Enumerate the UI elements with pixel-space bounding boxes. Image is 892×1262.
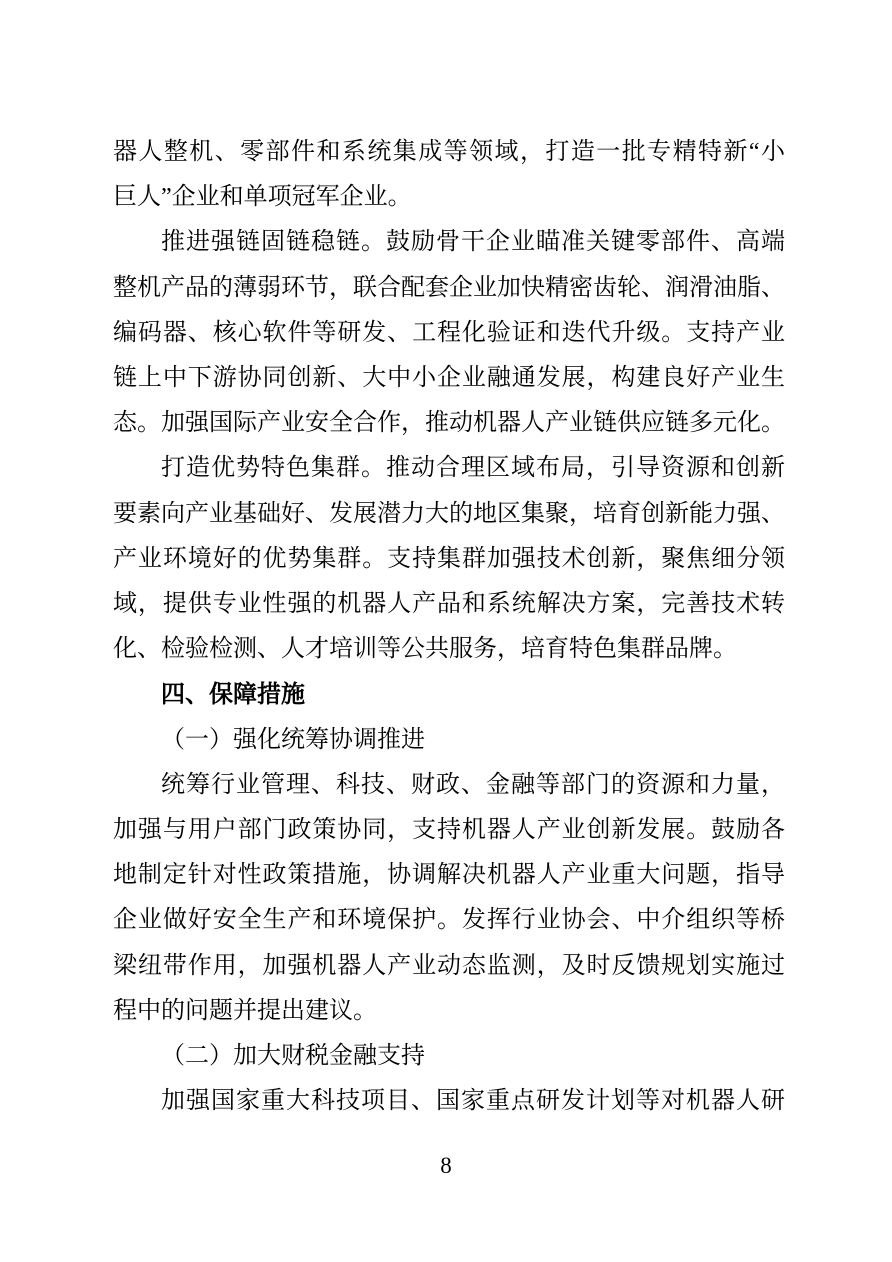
text-line: 化、检验检测、人才培训等公共服务，培育特色集群品牌。 [113, 627, 785, 672]
text-line: 加强与用户部门政策协同，支持机器人产业创新发展。鼓励各 [113, 808, 785, 853]
text-line: 推进强链固链稳链。鼓励骨干企业瞄准关键零部件、高端 [113, 220, 785, 265]
text-line: 梁纽带作用，加强机器人产业动态监测，及时反馈规划实施过 [113, 944, 785, 989]
text-line: 统筹行业管理、科技、财政、金融等部门的资源和力量， [113, 763, 785, 808]
text-line: 整机产品的薄弱环节，联合配套企业加快精密齿轮、润滑油脂、 [113, 266, 785, 311]
text-line: 产业环境好的优势集群。支持集群加强技术创新，聚焦细分领 [113, 537, 785, 582]
subsection-heading: （一）强化统筹协调推进 [113, 718, 785, 763]
text-line: 巨人”企业和单项冠军企业。 [113, 175, 785, 220]
section-heading: 四、保障措施 [113, 672, 785, 717]
document-body: 器人整机、零部件和系统集成等领域，打造一批专精特新“小巨人”企业和单项冠军企业。… [113, 130, 785, 1124]
subsection-heading: （二）加大财税金融支持 [113, 1034, 785, 1079]
text-line: 态。加强国际产业安全合作，推动机器人产业链供应链多元化。 [113, 401, 785, 446]
text-line: 企业做好安全生产和环境保护。发挥行业协会、中介组织等桥 [113, 898, 785, 943]
text-line: 域，提供专业性强的机器人产品和系统解决方案，完善技术转 [113, 582, 785, 627]
text-line: 打造优势特色集群。推动合理区域布局，引导资源和创新 [113, 446, 785, 491]
text-line: 链上中下游协同创新、大中小企业融通发展，构建良好产业生 [113, 356, 785, 401]
document-page: 器人整机、零部件和系统集成等领域，打造一批专精特新“小巨人”企业和单项冠军企业。… [0, 0, 892, 1262]
page-number: 8 [440, 1153, 452, 1178]
text-line: 要素向产业基础好、发展潜力大的地区集聚，培育创新能力强、 [113, 492, 785, 537]
text-line: 器人整机、零部件和系统集成等领域，打造一批专精特新“小 [113, 130, 785, 175]
text-line: 加强国家重大科技项目、国家重点研发计划等对机器人研 [113, 1079, 785, 1124]
text-line: 地制定针对性政策措施，协调解决机器人产业重大问题，指导 [113, 853, 785, 898]
text-line: 程中的问题并提出建议。 [113, 989, 785, 1034]
text-line: 编码器、核心软件等研发、工程化验证和迭代升级。支持产业 [113, 311, 785, 356]
page-footer: 8 [0, 1153, 892, 1179]
